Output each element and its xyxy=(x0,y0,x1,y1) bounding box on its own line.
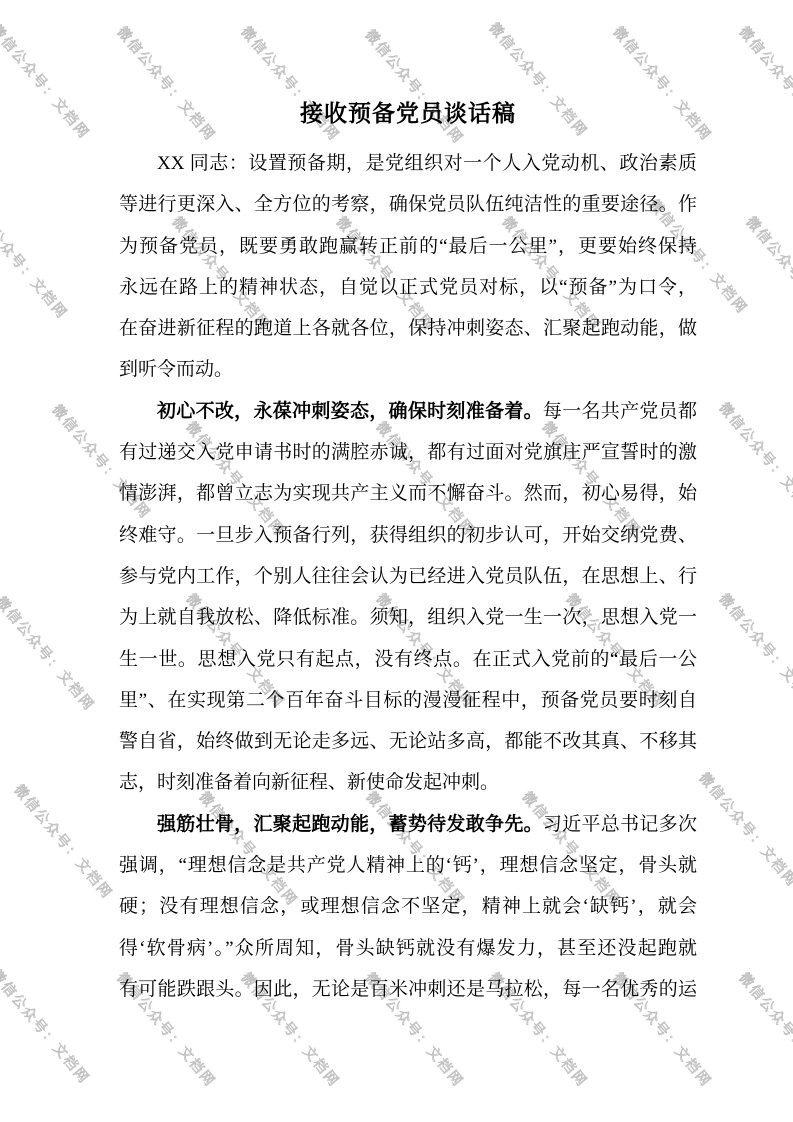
watermark-text: 微信公众号：文档网 xyxy=(695,768,793,891)
text-run: 为上就自我放松、降低标准。须知，组织入党一生一次，思想入党一 xyxy=(119,607,697,628)
watermark-text: 微信公众号：文档网 xyxy=(0,20,95,143)
paragraph: 初心不改，永葆冲刺姿态，确保时刻准备着。每一名共产党员都有过递交入党申请书时的满… xyxy=(119,391,697,804)
text-run: 习近平总书记多次 xyxy=(543,814,697,835)
text-run: 强调，“理想信念是共产党人精神上的‘钙’，理想信念坚定，骨头就 xyxy=(119,855,697,876)
text-line: 为上就自我放松、降低标准。须知，组织入党一生一次，思想入党一 xyxy=(119,597,697,638)
text-line: 得‘软骨病’。”众所周知，骨头缺钙就没有爆发力，甚至还没起跑就 xyxy=(119,928,697,969)
document-body: XX 同志：设置预备期，是党组织对一个人入党动机、政治素质等进行更深入、全方位的… xyxy=(119,143,697,1010)
text-line: 里”、在实现第二个百年奋斗目标的漫漫征程中，预备党员要时刻自 xyxy=(119,680,697,721)
watermark-text: 微信公众号：文档网 xyxy=(735,968,793,1091)
paragraph: XX 同志：设置预备期，是党组织对一个人入党动机、政治素质等进行更深入、全方位的… xyxy=(119,143,697,391)
text-run: 志，时刻准备着向新征程、新使命发起冲刺。 xyxy=(119,772,499,793)
watermark-text: 微信公众号：文档网 xyxy=(742,212,793,335)
text-line: 等进行更深入、全方位的考察，确保党员队伍纯洁性的重要途径。作 xyxy=(119,184,697,225)
text-line: 生一世。思想入党只有起点，没有终点。在正式入党前的“最后一公 xyxy=(119,639,697,680)
text-run: 终难守。一旦步入预备行列，获得组织的初步认可，开始交纳党费、 xyxy=(119,525,697,546)
text-line: 强筋壮骨，汇聚起跑动能，蓄势待发敢争先。习近平总书记多次 xyxy=(119,804,697,845)
text-line: 永远在路上的精神状态，自觉以正式党员对标，以“预备”为口令， xyxy=(119,267,697,308)
text-line: 志，时刻准备着向新征程、新使命发起冲刺。 xyxy=(119,762,697,803)
word-document-page: 微信公众号：文档网微信公众号：文档网微信公众号：文档网微信公众号：文档网微信公众… xyxy=(0,0,793,1122)
text-line: 参与党内工作，个别人往往会认为已经进入党员队伍，在思想上、行 xyxy=(119,556,697,597)
text-run: 情澎湃，都曾立志为实现共产主义而不懈奋斗。然而，初心易得，始 xyxy=(119,483,697,504)
watermark-text: 微信公众号：文档网 xyxy=(715,398,793,521)
watermark-text: 微信公众号：文档网 xyxy=(715,589,793,712)
text-run: 到听令而动。 xyxy=(119,359,233,380)
text-line: 在奋进新征程的跑道上各就各位，保持冲刺姿态、汇聚起跑动能，做 xyxy=(119,308,697,349)
text-line: 到听令而动。 xyxy=(119,349,697,390)
text-line: XX 同志：设置预备期，是党组织对一个人入党动机、政治素质 xyxy=(119,143,697,184)
text-run: 硬；没有理想信念，或理想信念不坚定，精神上就会‘缺钙’，就会 xyxy=(119,896,697,917)
text-line: 硬；没有理想信念，或理想信念不坚定，精神上就会‘缺钙’，就会 xyxy=(119,886,697,927)
watermark-text: 微信公众号：文档网 xyxy=(10,780,118,903)
watermark-text: 微信公众号：文档网 xyxy=(0,592,100,715)
watermark-text: 微信公众号：文档网 xyxy=(735,22,793,145)
text-line: 有过递交入党申请书时的满腔赤诚，都有过面对党旗庄严宣誓时的激 xyxy=(119,432,697,473)
text-line: 强调，“理想信念是共产党人精神上的‘钙’，理想信念坚定，骨头就 xyxy=(119,845,697,886)
text-line: 有可能跌跟头。因此，无论是百米冲刺还是马拉松，每一名优秀的运 xyxy=(119,969,697,1010)
text-line: 情澎湃，都曾立志为实现共产主义而不懈奋斗。然而，初心易得，始 xyxy=(119,473,697,514)
text-run: 警自省，始终做到无论走多远、无论站多高，都能不改其真、不移其 xyxy=(119,731,697,752)
text-line: 初心不改，永葆冲刺姿态，确保时刻准备着。每一名共产党员都 xyxy=(119,391,697,432)
text-line: 为预备党员，既要勇敢跑赢转正前的“最后一公里”，更要始终保持 xyxy=(119,226,697,267)
text-run: 得‘软骨病’。”众所周知，骨头缺钙就没有爆发力，甚至还没起跑就 xyxy=(119,938,697,959)
text-run: 为预备党员，既要勇敢跑赢转正前的“最后一公里”，更要始终保持 xyxy=(119,236,697,257)
text-run: 每一名共产党员都 xyxy=(543,401,697,422)
bold-run: 强筋壮骨，汇聚起跑动能，蓄势待发敢争先。 xyxy=(157,814,543,835)
text-run: 等进行更深入、全方位的考察，确保党员队伍纯洁性的重要途径。作 xyxy=(119,194,697,215)
text-line: 终难守。一旦步入预备行列，获得组织的初步认可，开始交纳党费、 xyxy=(119,515,697,556)
paragraph: 强筋壮骨，汇聚起跑动能，蓄势待发敢争先。习近平总书记多次强调，“理想信念是共产党… xyxy=(119,804,697,1010)
text-run: 参与党内工作，个别人往往会认为已经进入党员队伍，在思想上、行 xyxy=(119,566,697,587)
text-run: XX 同志：设置预备期，是党组织对一个人入党动机、政治素质 xyxy=(157,153,697,174)
text-run: 在奋进新征程的跑道上各就各位，保持冲刺姿态、汇聚起跑动能，做 xyxy=(119,318,697,339)
text-run: 生一世。思想入党只有起点，没有终点。在正式入党前的“最后一公 xyxy=(119,649,697,670)
watermark-text: 微信公众号：文档网 xyxy=(0,200,73,323)
text-line: 警自省，始终做到无论走多远、无论站多高，都能不改其真、不移其 xyxy=(119,721,697,762)
text-run: 有可能跌跟头。因此，无论是百米冲刺还是马拉松，每一名优秀的运 xyxy=(119,979,697,1000)
text-run: 里”、在实现第二个百年奋斗目标的漫漫征程中，预备党员要时刻自 xyxy=(119,690,697,711)
text-run: 永远在路上的精神状态，自觉以正式党员对标，以“预备”为口令， xyxy=(119,277,697,298)
bold-run: 初心不改，永葆冲刺姿态，确保时刻准备着。 xyxy=(157,401,543,422)
watermark-text: 微信公众号：文档网 xyxy=(0,965,95,1088)
document-title: 接收预备党员谈话稿 xyxy=(119,97,697,131)
text-run: 有过递交入党申请书时的满腔赤诚，都有过面对党旗庄严宣誓时的激 xyxy=(119,442,697,463)
